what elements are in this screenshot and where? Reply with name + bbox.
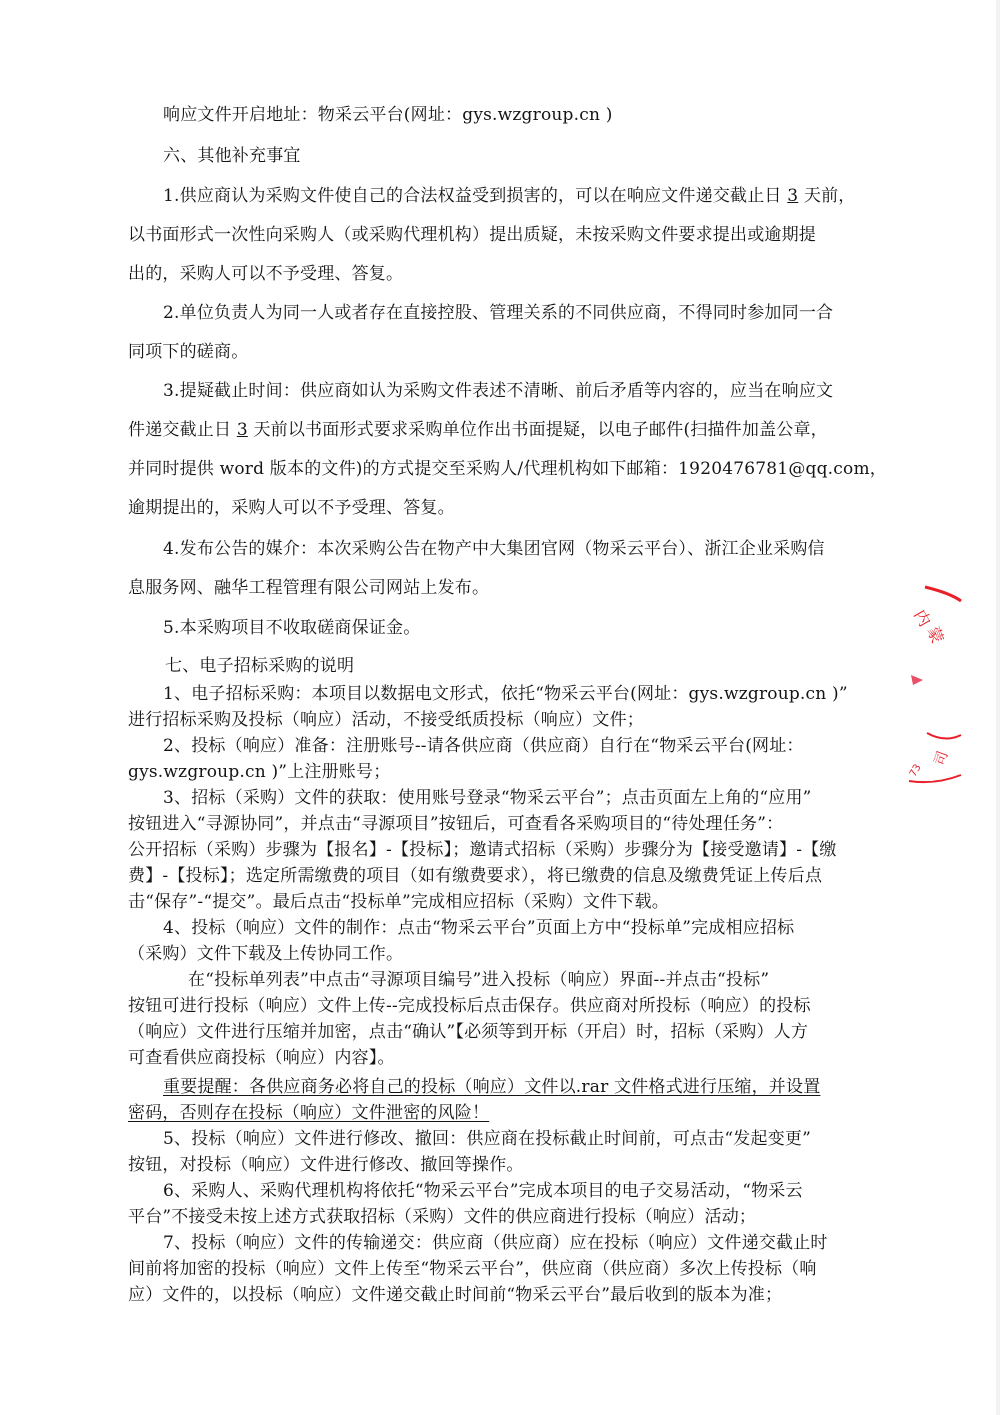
s7-p7-line1: 7、投标（响应）文件的传输递交：供应商（供应商）应在投标（响应）文件递交截止时 bbox=[163, 1232, 923, 1254]
s7-p4-line1: 4、投标（响应）文件的制作：点击“物采云平台”页面上方中“投标单”完成相应招标 bbox=[163, 917, 923, 939]
s6-item5: 5.本采购项目不收取磋商保证金。 bbox=[163, 617, 923, 639]
s6-item3-line2: 件递交截止日 3 天前以书面形式要求采购单位作出书面提疑，以电子邮件(扫描件加盖… bbox=[128, 419, 888, 441]
s6-item4-line1: 4.发布公告的媒介：本次采购公告在物产中大集团官网（物采云平台）、浙江企业采购信 bbox=[163, 538, 923, 560]
section-6-heading: 六、其他补充事宜 bbox=[163, 145, 923, 167]
scan-edge bbox=[996, 0, 1000, 1415]
s7-p4-line6: 可查看供应商投标（响应）内容】。 bbox=[128, 1047, 888, 1069]
s7-p4-line4: 按钮可进行投标（响应）文件上传--完成投标后点击保存。供应商对所投标（响应）的投… bbox=[128, 995, 888, 1017]
s7-p5-line2: 按钮，对投标（响应）文件进行修改、撤回等操作。 bbox=[128, 1154, 888, 1176]
important-notice-line1: 重要提醒：各供应商务必将自己的投标（响应）文件以.rar 文件格式进行压缩，并设… bbox=[163, 1076, 923, 1098]
days-value: 3 bbox=[237, 420, 248, 440]
s7-p3-line1: 3、招标（采购）文件的获取：使用账号登录“物采云平台”；点击页面左上角的“应用” bbox=[163, 787, 923, 809]
s6-item1-line1: 1.供应商认为采购文件使自己的合法权益受到损害的，可以在响应文件递交截止日 3 … bbox=[163, 185, 923, 207]
document-page: 响应文件开启地址：物采云平台(网址：gys.wzgroup.cn ) 六、其他补… bbox=[0, 0, 1000, 1415]
s7-p2-line2: gys.wzgroup.cn )”上注册账号； bbox=[128, 761, 888, 783]
s7-p4-line3: 在“投标单列表”中点击“寻源项目编号”进入投标（响应）界面--并点击“投标” bbox=[188, 969, 948, 991]
s7-p6-line2: 平台”不接受未按上述方式获取招标（采购）文件的供应商进行投标（响应）活动； bbox=[128, 1206, 888, 1228]
s7-p3-line4: 费】-【投标】；选定所需缴费的项目（如有缴费要求），将已缴费的信息及缴费凭证上传… bbox=[128, 865, 888, 887]
svg-text:司: 司 bbox=[932, 749, 952, 768]
s6-item3-line4: 逾期提出的，采购人可以不予受理、答复。 bbox=[128, 497, 888, 519]
s7-p2-line1: 2、投标（响应）准备：注册账号--请各供应商（供应商）自行在“物采云平台(网址： bbox=[163, 735, 923, 757]
days-value: 3 bbox=[787, 186, 798, 206]
s7-p3-line2: 按钮进入“寻源协同”，并点击“寻源项目”按钮后，可查看各采购项目的“待处理任务”… bbox=[128, 813, 888, 835]
s6-item1-line2: 以书面形式一次性向采购人（或采购代理机构）提出质疑，未按采购文件要求提出或逾期提 bbox=[128, 224, 888, 246]
s6-item1-line3: 出的，采购人可以不予受理、答复。 bbox=[128, 263, 888, 285]
svg-text:73: 73 bbox=[908, 762, 924, 779]
s7-p4-line2: （采购）文件下载及上传协同工作。 bbox=[128, 943, 888, 965]
s7-p6-line1: 6、采购人、采购代理机构将依托“物采云平台”完成本项目的电子交易活动，“物采云 bbox=[163, 1180, 923, 1202]
s7-p1-line1: 1、电子招标采购：本项目以数据电文形式，依托“物采云平台(网址：gys.wzgr… bbox=[163, 683, 923, 705]
s6-item4-line2: 息服务网、融华工程管理有限公司网站上发布。 bbox=[128, 577, 888, 599]
s6-item2-line2: 同项下的磋商。 bbox=[128, 341, 888, 363]
s6-item3-line3: 并同时提供 word 版本的文件)的方式提交至采购人/代理机构如下邮箱：1920… bbox=[128, 458, 888, 480]
s6-item3-line1: 3.提疑截止时间：供应商如认为采购文件表述不清晰、前后矛盾等内容的，应当在响应文 bbox=[163, 380, 923, 402]
svg-text:内: 内 bbox=[910, 606, 934, 629]
s7-p4-line5: （响应）文件进行压缩并加密，点击“确认”【必须等到开标（开启）时，招标（采购）人… bbox=[128, 1021, 888, 1043]
svg-text:蒙: 蒙 bbox=[924, 624, 947, 646]
s7-p1-line2: 进行招标采购及投标（响应）活动，不接受纸质投标（响应）文件； bbox=[128, 709, 888, 731]
seal-stamp-icon: 内 蒙 司 73 bbox=[905, 585, 965, 785]
s7-p3-line5: 击“保存”-“提交”。最后点击“投标单”完成相应招标（采购）文件下载。 bbox=[128, 891, 888, 913]
important-notice-line2: 密码，否则存在投标（响应）文件泄密的风险！ bbox=[128, 1102, 888, 1124]
section-7-heading: 七、电子招标采购的说明 bbox=[165, 655, 925, 677]
response-opening-address: 响应文件开启地址：物采云平台(网址：gys.wzgroup.cn ) bbox=[163, 104, 923, 126]
s7-p7-line2: 间前将加密的投标（响应）文件上传至“物采云平台”，供应商（供应商）多次上传投标（… bbox=[128, 1258, 888, 1280]
s6-item2-line1: 2.单位负责人为同一人或者存在直接控股、管理关系的不同供应商，不得同时参加同一合 bbox=[163, 302, 923, 324]
s7-p3-line3: 公开招标（采购）步骤为【报名】-【投标】；邀请式招标（采购）步骤分为【接受邀请】… bbox=[128, 839, 888, 861]
s7-p5-line1: 5、投标（响应）文件进行修改、撤回：供应商在投标截止时间前，可点击“发起变更” bbox=[163, 1128, 923, 1150]
s7-p7-line3: 应）文件的，以投标（响应）文件递交截止时间前“物采云平台”最后收到的版本为准； bbox=[128, 1284, 888, 1306]
